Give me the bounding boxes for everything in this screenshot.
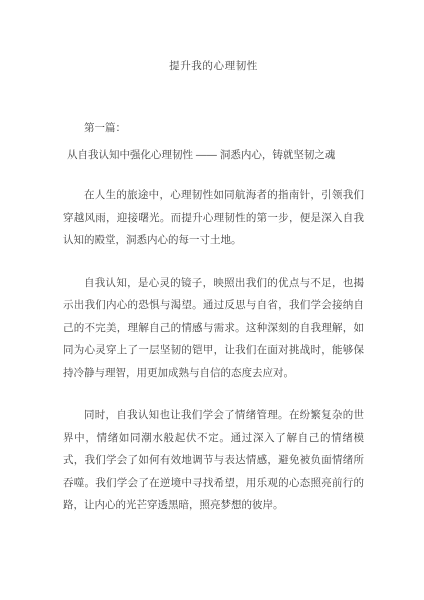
document-page: 提升我的心理韧性 第一篇： 从自我认知中强化心理韧性 —— 洞悉内心，铸就坚韧之…	[0, 0, 424, 600]
paragraph-1: 在人生的旅途中，心理韧性如同航海者的指南针，引领我们穿越风雨，迎接曙光。而提升心…	[63, 184, 364, 252]
document-title: 提升我的心理韧性	[63, 0, 364, 74]
paragraph-3: 同时，自我认知也让我们学会了情绪管理。在纷繁复杂的世界中，情绪如同潮水般起伏不定…	[63, 404, 364, 517]
section-heading: 第一篇：	[63, 121, 364, 136]
document-content: 提升我的心理韧性 第一篇： 从自我认知中强化心理韧性 —— 洞悉内心，铸就坚韧之…	[63, 0, 364, 517]
section-subtitle: 从自我认知中强化心理韧性 —— 洞悉内心，铸就坚韧之魂	[63, 148, 364, 163]
paragraph-2: 自我认知，是心灵的镜子，映照出我们的优点与不足，也揭示出我们内心的恐惧与渴望。通…	[63, 272, 364, 385]
